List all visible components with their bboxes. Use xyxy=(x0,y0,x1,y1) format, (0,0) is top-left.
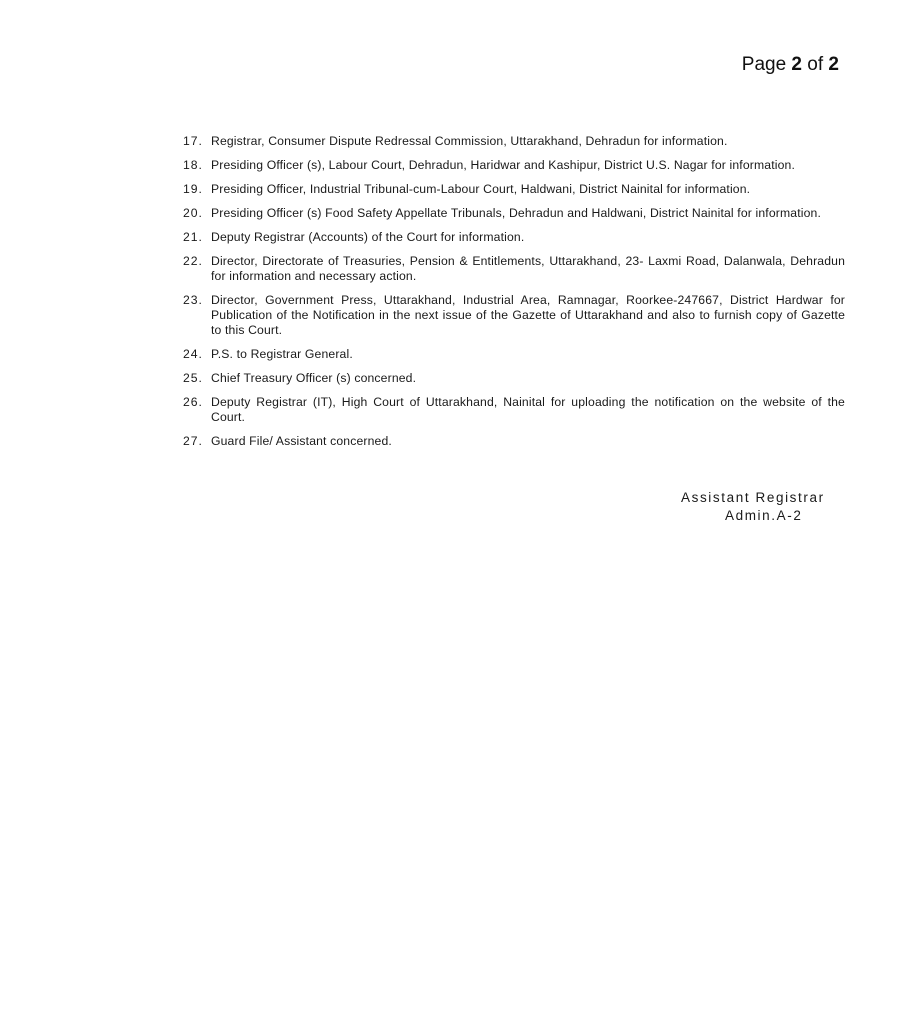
list-item: 27. Guard File/ Assistant concerned. xyxy=(183,434,845,449)
item-number: 25. xyxy=(183,371,211,386)
item-number: 18. xyxy=(183,158,211,173)
list-item: 22. Director, Directorate of Treasuries,… xyxy=(183,254,845,284)
item-text: Guard File/ Assistant concerned. xyxy=(211,434,845,449)
page-label: Page xyxy=(742,54,786,75)
list-item: 26. Deputy Registrar (IT), High Court of… xyxy=(183,395,845,425)
list-item: 19. Presiding Officer, Industrial Tribun… xyxy=(183,182,845,197)
page-number: Page 2 of 2 xyxy=(742,54,839,76)
list-item: 25. Chief Treasury Officer (s) concerned… xyxy=(183,371,845,386)
item-text: Deputy Registrar (IT), High Court of Utt… xyxy=(211,395,845,425)
item-number: 22. xyxy=(183,254,211,284)
item-number: 24. xyxy=(183,347,211,362)
signatory-title: Assistant Registrar xyxy=(681,489,825,507)
total-pages: 2 xyxy=(828,54,839,75)
item-text: Director, Directorate of Treasuries, Pen… xyxy=(211,254,845,284)
item-number: 19. xyxy=(183,182,211,197)
signatory-department: Admin.A-2 xyxy=(681,507,825,525)
item-text: Presiding Officer, Industrial Tribunal-c… xyxy=(211,182,845,197)
list-item: 21. Deputy Registrar (Accounts) of the C… xyxy=(183,230,845,245)
item-number: 21. xyxy=(183,230,211,245)
item-text: Deputy Registrar (Accounts) of the Court… xyxy=(211,230,845,245)
list-item: 20. Presiding Officer (s) Food Safety Ap… xyxy=(183,206,845,221)
item-number: 27. xyxy=(183,434,211,449)
item-text: P.S. to Registrar General. xyxy=(211,347,845,362)
item-text: Presiding Officer (s) Food Safety Appell… xyxy=(211,206,845,221)
list-item: 18. Presiding Officer (s), Labour Court,… xyxy=(183,158,845,173)
list-item: 23. Director, Government Press, Uttarakh… xyxy=(183,293,845,338)
signature-block: Assistant Registrar Admin.A-2 xyxy=(681,489,825,525)
list-item: 17. Registrar, Consumer Dispute Redressa… xyxy=(183,134,845,149)
item-number: 26. xyxy=(183,395,211,425)
item-number: 17. xyxy=(183,134,211,149)
item-number: 23. xyxy=(183,293,211,338)
item-text: Chief Treasury Officer (s) concerned. xyxy=(211,371,845,386)
item-text: Registrar, Consumer Dispute Redressal Co… xyxy=(211,134,845,149)
current-page: 2 xyxy=(791,54,802,75)
of-label: of xyxy=(807,54,823,75)
distribution-list: 17. Registrar, Consumer Dispute Redressa… xyxy=(183,134,845,458)
item-number: 20. xyxy=(183,206,211,221)
item-text: Presiding Officer (s), Labour Court, Deh… xyxy=(211,158,845,173)
list-item: 24. P.S. to Registrar General. xyxy=(183,347,845,362)
item-text: Director, Government Press, Uttarakhand,… xyxy=(211,293,845,338)
